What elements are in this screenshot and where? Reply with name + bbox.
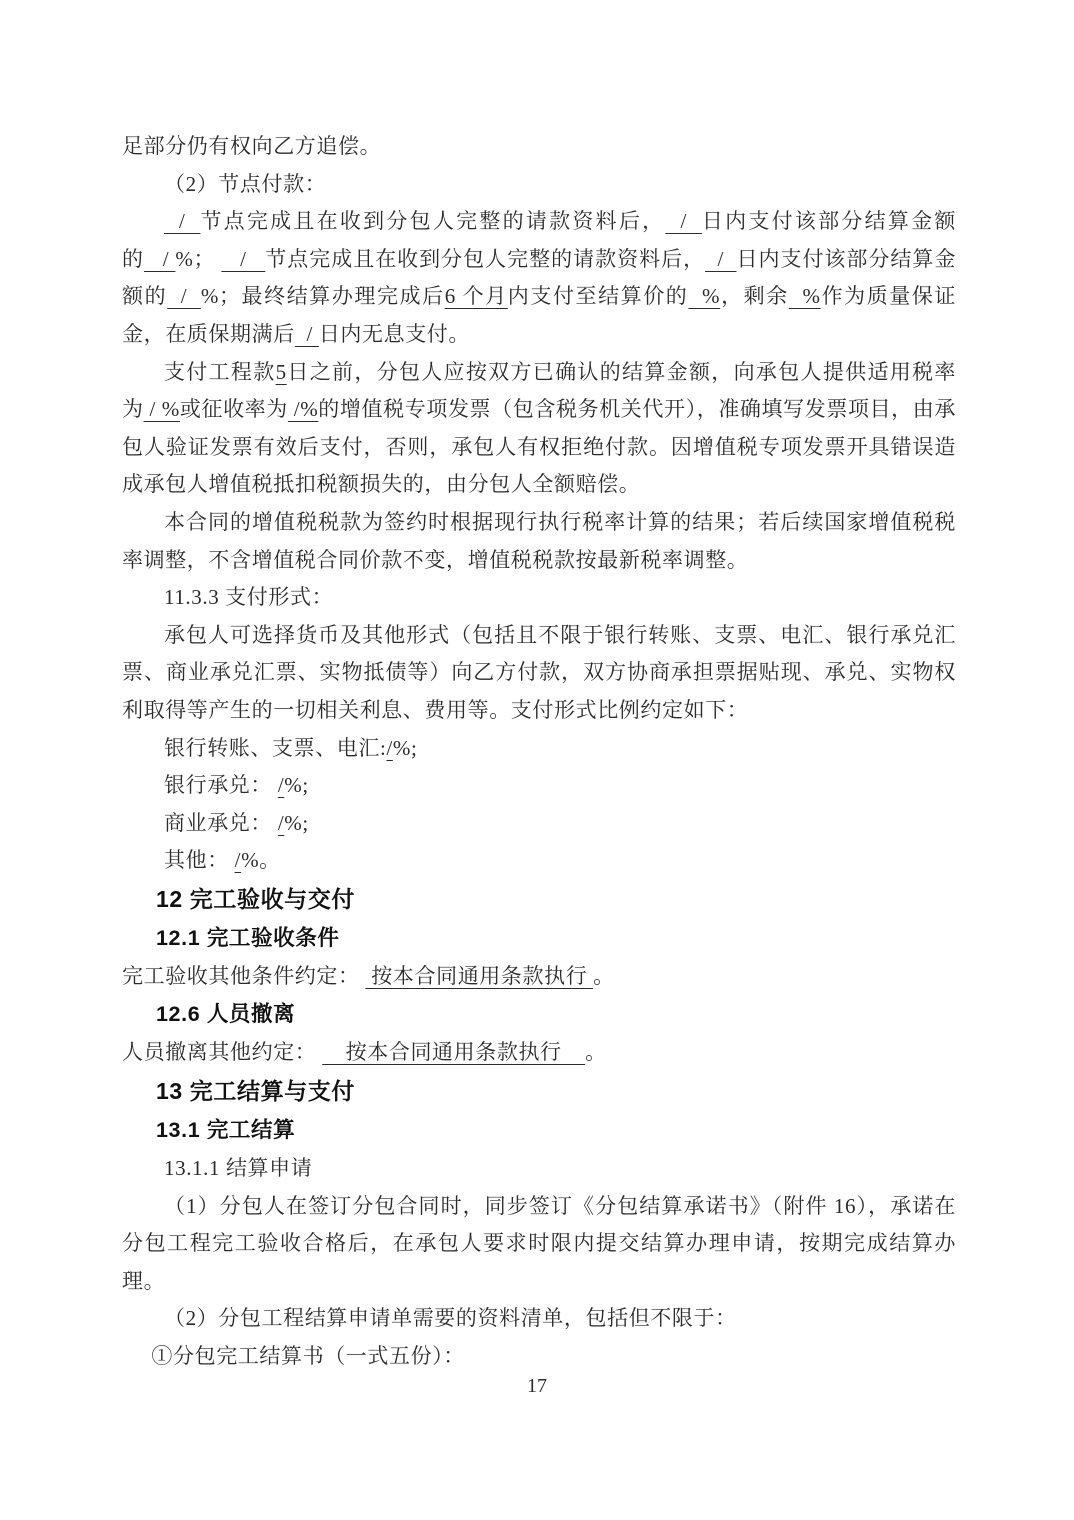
page-number: 17 [0, 1375, 1074, 1398]
paragraph: 支付工程款5日之前，分包人应按双方已确认的结算金额，向承包人提供适用税率为 / … [122, 354, 956, 504]
text-run: ①分包完工结算书（一式五份）： [151, 1344, 465, 1368]
text-run: 人员撤离其他约定： [122, 1040, 322, 1064]
text-run: （2）节点付款： [164, 172, 326, 196]
text-run: 11.3.3 支付形式： [164, 585, 333, 609]
section-heading: 13 完工结算与支付 [122, 1072, 956, 1111]
section-heading: 12.6 人员撤离 [122, 995, 956, 1034]
fill-in-blank: / [144, 247, 175, 271]
paragraph: 承包人可选择货币及其他形式（包括且不限于银行转账、支票、电汇、银行承兑汇票、商业… [122, 617, 956, 730]
paragraph: 11.3.3 支付形式： [122, 579, 956, 617]
text-run: 支付工程款 [164, 360, 276, 384]
paragraph: 其他： /%。 [122, 842, 956, 880]
text-run: 。 [585, 1040, 607, 1064]
text-run: 银行承兑： [164, 773, 278, 797]
text-run: %。 [241, 848, 281, 872]
fill-in-blank: / [295, 322, 319, 346]
text-run: %；最终结算办理完成后 [201, 284, 445, 308]
paragraph: （2）节点付款： [122, 166, 956, 204]
fill-in-blank: / [221, 247, 265, 271]
text-run: 12.1 完工验收条件 [156, 926, 339, 950]
fill-in-blank: % [789, 284, 821, 308]
text-run: 其他： [164, 848, 235, 872]
text-run: %; [284, 773, 309, 797]
text-run: 完工验收其他条件约定： [122, 964, 365, 988]
text-run: 节点完成且在收到分包人完整的请款资料后， [200, 209, 665, 233]
fill-in-blank: 按本合同通用条款执行 [322, 1040, 585, 1064]
paragraph: 完工验收其他条件约定： 按本合同通用条款执行 。 [122, 958, 956, 996]
fill-in-blank: / [164, 209, 200, 233]
paragraph: （1）分包人在签订分包合同时，同步签订《分包结算承诺书》（附件 16），承诺在分… [122, 1188, 956, 1301]
fill-in-blank: / % [144, 397, 180, 421]
text-run: 日内无息支付。 [319, 322, 470, 346]
text-run: 内支付至结算价的 [508, 284, 689, 308]
text-run: （2）分包工程结算申请单需要的资料清单，包括但不限于： [164, 1306, 737, 1330]
paragraph: ①分包完工结算书（一式五份）： [122, 1338, 956, 1376]
text-run: ，剩余 [720, 284, 789, 308]
fill-in-blank: 5 [276, 360, 287, 384]
paragraph: 13.1.1 结算申请 [122, 1150, 956, 1188]
paragraph: 银行承兑： /%; [122, 767, 956, 805]
text-run: 商业承兑： [164, 811, 278, 835]
text-run: 。 [593, 964, 615, 988]
text-run: 12 完工验收与交付 [156, 886, 355, 912]
paragraph: 人员撤离其他约定： 按本合同通用条款执行 。 [122, 1034, 956, 1072]
text-run: 承包人可选择货币及其他形式（包括且不限于银行转账、支票、电汇、银行承兑汇票、商业… [122, 623, 956, 722]
section-heading: 13.1 完工结算 [122, 1111, 956, 1150]
text-run: %; [284, 811, 309, 835]
fill-in-blank: % [688, 284, 720, 308]
fill-in-blank: /% [288, 397, 318, 421]
section-heading: 12 完工验收与交付 [122, 880, 956, 919]
fill-in-blank: / [167, 284, 201, 308]
paragraph: 本合同的增值税税款为签约时根据现行执行税率计算的结果；若后续国家增值税税率调整，… [122, 504, 956, 579]
text-run: 13 完工结算与支付 [156, 1078, 355, 1104]
text-run: 或征收率为 [180, 397, 288, 421]
text-run: %； [175, 247, 221, 271]
text-run: 银行转账、支票、电汇: [164, 736, 386, 760]
text-run: 本合同的增值税税款为签约时根据现行执行税率计算的结果；若后续国家增值税税率调整，… [122, 510, 956, 572]
text-run: 12.6 人员撤离 [156, 1002, 295, 1026]
text-run: 13.1.1 结算申请 [164, 1156, 312, 1180]
text-run: （1）分包人在签订分包合同时，同步签订《分包结算承诺书》（附件 16），承诺在分… [122, 1194, 956, 1293]
text-run: 13.1 完工结算 [156, 1118, 295, 1142]
text-run: %; [393, 736, 418, 760]
paragraph: 足部分仍有权向乙方追偿。 [122, 128, 956, 166]
contract-document-page: 足部分仍有权向乙方追偿。（2）节点付款： / 节点完成且在收到分包人完整的请款资… [0, 0, 1074, 1520]
text-run: 节点完成且在收到分包人完整的请款资料后， [265, 247, 705, 271]
document-content: 足部分仍有权向乙方追偿。（2）节点付款： / 节点完成且在收到分包人完整的请款资… [122, 128, 956, 1376]
paragraph: 银行转账、支票、电汇:/%; [122, 730, 956, 768]
paragraph: 商业承兑： /%; [122, 805, 956, 843]
fill-in-blank: 6 个月 [445, 284, 508, 308]
paragraph: / 节点完成且在收到分包人完整的请款资料后， / 日内支付该部分结算金额的 / … [122, 203, 956, 353]
fill-in-blank: / [705, 247, 736, 271]
text-run: 足部分仍有权向乙方追偿。 [122, 134, 381, 158]
section-heading: 12.1 完工验收条件 [122, 919, 956, 958]
fill-in-blank: / [665, 209, 701, 233]
fill-in-blank: 按本合同通用条款执行 [365, 964, 593, 988]
paragraph: （2）分包工程结算申请单需要的资料清单，包括但不限于： [122, 1300, 956, 1338]
